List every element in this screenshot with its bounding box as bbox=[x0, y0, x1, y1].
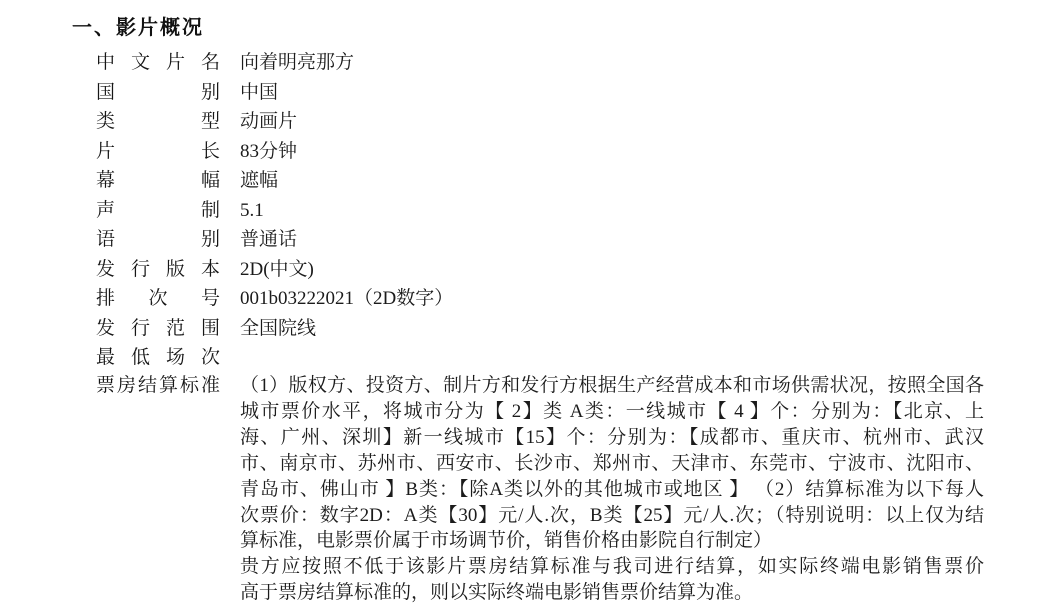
film-info-field-list: 中文片名 向着明亮那方 国别 中国 类型 动画片 片长 83分钟 幕幅 遮幅 bbox=[96, 48, 984, 373]
paragraph-line: 青岛市、佛山市 】B类：【除A类以外的其他城市或地区 】 （2）结算标准为以下每… bbox=[240, 477, 984, 503]
field-label: 片长 bbox=[96, 137, 220, 167]
field-label: 类型 bbox=[96, 107, 220, 137]
paragraph-line: 海、广州、深圳】新一线城市【15】个：分别为：【成都市、重庆市、杭州市、武汉 bbox=[240, 425, 984, 451]
field-value: 中国 bbox=[240, 78, 278, 108]
field-value: 动画片 bbox=[240, 107, 297, 137]
field-value: 遮幅 bbox=[240, 166, 278, 196]
settlement-standard-row: 票房结算标准 （1）版权方、投资方、制片方和发行方根据生产经营成本和市场供需状况… bbox=[96, 373, 984, 606]
paragraph-line: 贵方应按照不低于该影片票房结算标准与我司进行结算，如实际终端电影销售票价 bbox=[240, 554, 984, 580]
section-title: 一、影片概况 bbox=[72, 11, 204, 40]
field-value: 向着明亮那方 bbox=[240, 48, 354, 78]
field-row: 声制 5.1 bbox=[96, 196, 984, 226]
document-page: { "title": "一、影片概况", "fields": [ { "labe… bbox=[0, 0, 1056, 610]
field-label: 国别 bbox=[96, 78, 220, 108]
field-row: 最低场次 bbox=[96, 343, 984, 373]
paragraph-line: 城市票价水平，将城市分为【 2】类 A类：一线城市【 4 】个：分别为：【北京、… bbox=[240, 399, 984, 425]
field-label: 中文片名 bbox=[96, 48, 220, 78]
field-value: 普通话 bbox=[240, 225, 297, 255]
field-label: 声制 bbox=[96, 196, 220, 226]
field-value: 2D(中文) bbox=[240, 255, 314, 285]
field-value: 5.1 bbox=[240, 196, 264, 226]
settlement-standard-text: （1）版权方、投资方、制片方和发行方根据生产经营成本和市场供需状况，按照全国各 … bbox=[240, 373, 984, 606]
paragraph-line: 市、南京市、苏州市、西安市、长沙市、郑州市、天津市、东莞市、宁波市、沈阳市、 bbox=[240, 451, 984, 477]
paragraph-line: 高于票房结算标准的，则以实际终端电影销售票价结算为准。 bbox=[240, 580, 984, 606]
settlement-paragraph-2: 贵方应按照不低于该影片票房结算标准与我司进行结算，如实际终端电影销售票价 高于票… bbox=[240, 554, 984, 606]
field-row: 发行版本 2D(中文) bbox=[96, 255, 984, 285]
paragraph-line: 算标准，电影票价属于市场调节价，销售价格由影院自行制定） bbox=[240, 528, 984, 554]
field-row: 发行范围 全国院线 bbox=[96, 314, 984, 344]
field-row: 幕幅 遮幅 bbox=[96, 166, 984, 196]
field-row: 国别 中国 bbox=[96, 78, 984, 108]
field-label: 票房结算标准 bbox=[96, 373, 220, 399]
field-label: 发行范围 bbox=[96, 314, 220, 344]
field-row: 语别 普通话 bbox=[96, 225, 984, 255]
paragraph-line: 次票价：数字2D：A类【30】元/人.次，B类【25】元/人.次；（特别说明：以… bbox=[240, 503, 984, 529]
field-label: 幕幅 bbox=[96, 166, 220, 196]
field-value: 001b03222021（2D数字） bbox=[240, 284, 453, 314]
field-label: 发行版本 bbox=[96, 255, 220, 285]
field-row: 片长 83分钟 bbox=[96, 137, 984, 167]
field-value: 83分钟 bbox=[240, 137, 297, 167]
field-row: 中文片名 向着明亮那方 bbox=[96, 48, 984, 78]
film-overview-content: 中文片名 向着明亮那方 国别 中国 类型 动画片 片长 83分钟 幕幅 遮幅 bbox=[96, 48, 984, 606]
field-value: 全国院线 bbox=[240, 314, 316, 344]
field-row: 排次号 001b03222021（2D数字） bbox=[96, 284, 984, 314]
field-label: 语别 bbox=[96, 225, 220, 255]
settlement-paragraph-1: （1）版权方、投资方、制片方和发行方根据生产经营成本和市场供需状况，按照全国各 … bbox=[240, 373, 984, 554]
field-label: 最低场次 bbox=[96, 343, 220, 373]
field-label: 排次号 bbox=[96, 284, 220, 314]
paragraph-line: （1）版权方、投资方、制片方和发行方根据生产经营成本和市场供需状况，按照全国各 bbox=[240, 373, 984, 399]
field-row: 类型 动画片 bbox=[96, 107, 984, 137]
